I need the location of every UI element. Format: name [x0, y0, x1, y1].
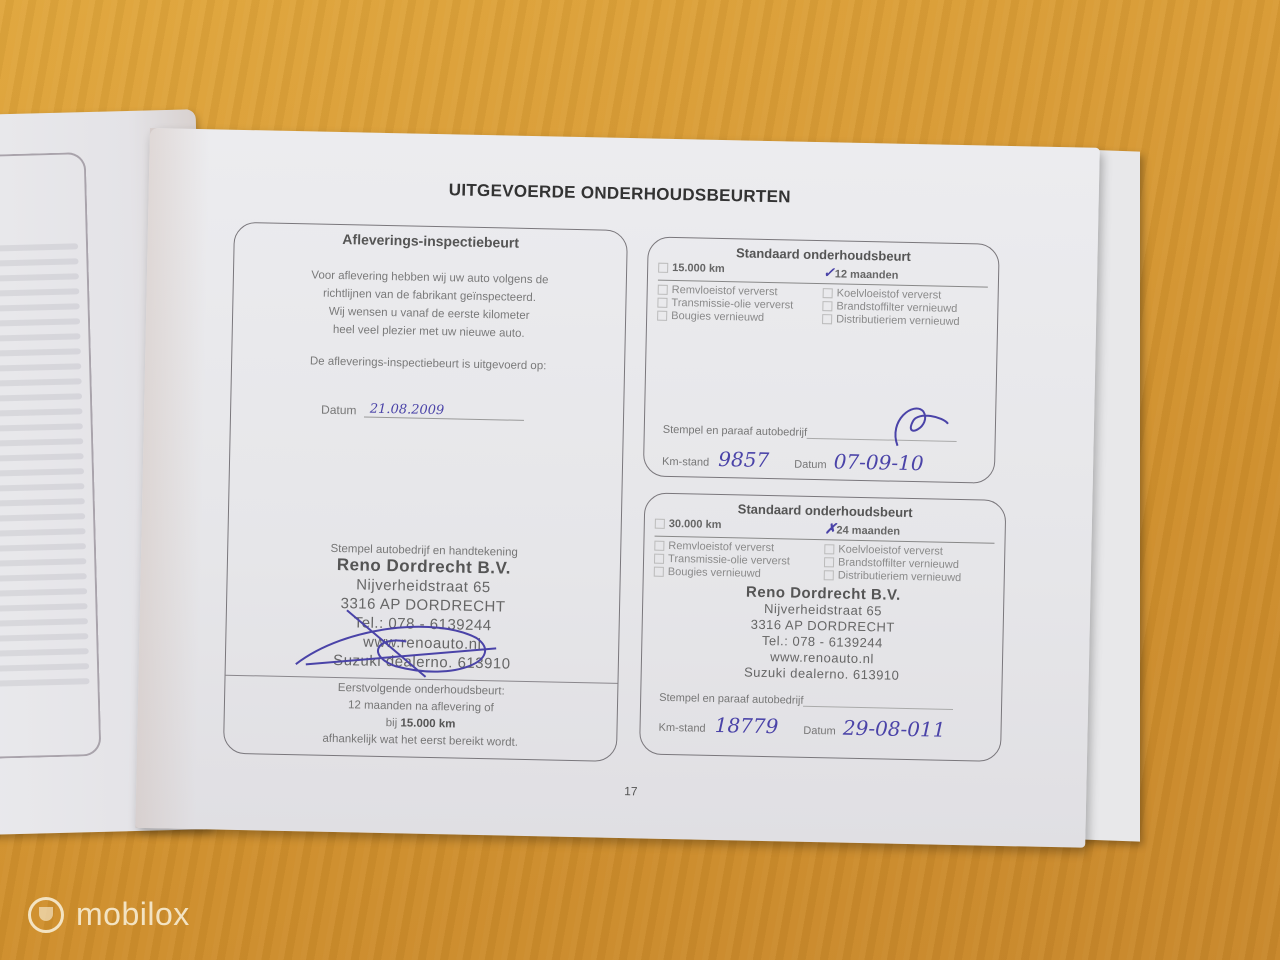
date-label: Datum	[321, 403, 357, 418]
page-title: UITGEVOERDE ONDERHOUDSBEURTEN	[449, 180, 791, 207]
checkbox-icon	[654, 554, 664, 564]
next-km: 15.000 km	[400, 717, 455, 730]
checkbox-icon	[822, 314, 832, 324]
check-label: Transmissie-olie ververst	[668, 553, 790, 568]
checkbox-icon	[658, 263, 668, 273]
month-option: ✓12 maanden	[823, 265, 988, 284]
checkbox-icon	[657, 311, 667, 321]
checkbox-icon	[654, 567, 664, 577]
check-item: Bougies vernieuwd	[654, 566, 824, 582]
km-label: Km-stand	[658, 722, 705, 735]
month-option-label: 12 maanden	[835, 268, 899, 281]
service-options: 15.000 km ✓12 maanden Remvloeistof verve…	[647, 261, 998, 328]
check-label: Bougies vernieuwd	[668, 566, 761, 580]
check-label: Bougies vernieuwd	[671, 310, 764, 324]
mobilox-logo-icon	[28, 897, 64, 933]
service-box-2: Standaard onderhoudsbeurt 30.000 km ✗24 …	[639, 492, 1006, 762]
stamp-label: Stempel en paraaf autobedrijf	[659, 692, 804, 707]
next-service-note: Eerstvolgende onderhoudsbeurt: 12 maande…	[224, 678, 617, 754]
check-item: Bougies vernieuwd	[657, 310, 822, 325]
left-page-faint-text	[0, 234, 90, 695]
left-page-frame	[0, 152, 101, 759]
stamp-row: Stempel en paraaf autobedrijf	[663, 424, 977, 443]
date-value-handwritten: 07-09-10	[833, 449, 923, 475]
check-label: Distributieriem vernieuwd	[838, 570, 962, 585]
stamp-row: Stempel en paraaf autobedrijf	[659, 692, 983, 711]
checkbox-icon	[822, 301, 832, 311]
date-value-handwritten: 29-08-011	[843, 716, 946, 742]
km-value-handwritten: 9857	[718, 447, 769, 472]
date-label: Datum	[803, 725, 836, 738]
checkbox-icon	[823, 288, 833, 298]
stamp-label: Stempel en paraaf autobedrijf	[663, 424, 808, 439]
km-option-label: 30.000 km	[669, 518, 722, 531]
check-label: Remvloeistof ververst	[672, 284, 778, 298]
delivery-inspection-box: Afleverings-inspectiebeurt Voor afleveri…	[223, 222, 628, 762]
check-label: Koelvloeistof ververst	[838, 544, 943, 558]
check-label: Remvloeistof ververst	[668, 540, 774, 554]
date-field: 21.08.2009	[364, 402, 524, 421]
checkbox-icon	[655, 519, 665, 529]
watermark-text: mobilox	[76, 896, 190, 933]
check-label: Brandstoffilter vernieuwd	[836, 300, 957, 315]
watermark-logo: mobilox	[28, 896, 190, 933]
checkbox-icon	[824, 557, 834, 567]
date-value-handwritten: 21.08.2009	[370, 402, 445, 419]
checkbox-icon	[824, 544, 834, 554]
delivery-date-row: Datum 21.08.2009	[321, 401, 524, 421]
dealer-stamp-right: Reno Dordrecht B.V. Nijverheidstraat 65 …	[642, 581, 1004, 686]
km-label: Km-stand	[662, 456, 709, 469]
delivery-paragraph: Voor aflevering hebben wij uw auto volge…	[232, 265, 626, 377]
checkbox-icon	[824, 570, 834, 580]
km-option-label: 15.000 km	[672, 262, 725, 275]
km-option: 30.000 km	[655, 518, 825, 538]
checkmark-icon: ✗	[825, 521, 837, 537]
service-options: 30.000 km ✗24 maanden Remvloeistof verve…	[644, 517, 1005, 585]
date-label: Datum	[794, 459, 827, 472]
check-label: Koelvloeistof ververst	[837, 287, 942, 301]
month-option: ✗24 maanden	[825, 521, 995, 541]
check-item: Distributieriem vernieuwd	[822, 313, 987, 328]
right-page: UITGEVOERDE ONDERHOUDSBEURTEN Aflevering…	[135, 128, 1099, 848]
checkmark-icon: ✓	[823, 265, 835, 281]
service-box-1: Standaard onderhoudsbeurt 15.000 km ✓12 …	[643, 236, 1000, 483]
check-label: Brandstoffilter vernieuwd	[838, 557, 959, 572]
next-line: bij	[386, 717, 398, 729]
check-label: Transmissie-olie ververst	[671, 297, 793, 312]
month-option-label: 24 maanden	[836, 524, 900, 537]
checkbox-icon	[657, 298, 667, 308]
km-date-row: Km-stand 18779 Datum 29-08-011	[658, 712, 982, 743]
checkbox-icon	[658, 285, 668, 295]
page-number: 17	[624, 784, 638, 798]
stamp-line	[803, 706, 953, 710]
checkbox-icon	[654, 541, 664, 551]
km-option: 15.000 km	[658, 262, 823, 281]
km-value-handwritten: 18779	[715, 713, 779, 738]
check-item: Distributieriem vernieuwd	[824, 569, 994, 585]
done-on-text: De afleverings-inspectiebeurt is uitgevo…	[232, 351, 624, 377]
check-label: Distributieriem vernieuwd	[836, 313, 960, 328]
delivery-box-title: Afleverings-inspectiebeurt	[235, 229, 627, 253]
initials-scribble	[882, 400, 953, 451]
